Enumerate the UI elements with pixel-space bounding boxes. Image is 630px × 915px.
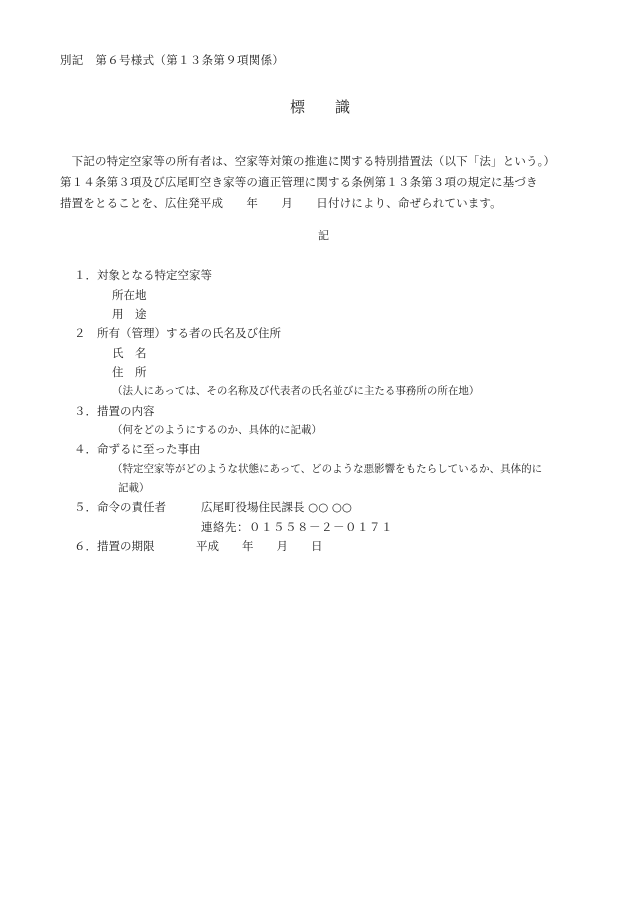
item-5-label: ５．命令の責任者 bbox=[74, 499, 166, 515]
document-title: 標識 bbox=[290, 99, 350, 115]
item-2-note: （法人にあっては、その名称及び代表者の氏名並びに主たる事務所の所在地） bbox=[112, 383, 479, 399]
item-6-deadline: 平成 年 月 日 bbox=[196, 538, 323, 554]
ki-heading: 記 bbox=[318, 228, 329, 244]
item-5-contact: 連絡先：０１５５８－２－０１７１ bbox=[201, 519, 393, 535]
item-1-location: 所在地 bbox=[112, 287, 147, 303]
intro-paragraph: 下記の特定空家等の所有者は、空家等対策の推進に関する特別措置法（以下「法」という… bbox=[60, 151, 590, 214]
intro-line-1: 下記の特定空家等の所有者は、空家等対策の推進に関する特別措置法（以下「法」という… bbox=[60, 151, 590, 172]
intro-line-2: 第１４条第３項及び広尾町空き家等の適正管理に関する条例第１３条第３項の規定に基づ… bbox=[60, 172, 590, 193]
item-2-name: 氏 名 bbox=[112, 345, 147, 361]
item-3-label: ３．措置の内容 bbox=[74, 403, 155, 419]
form-reference: 別記 第６号様式（第１３条第９項関係） bbox=[60, 52, 284, 68]
item-1-usage: 用 途 bbox=[112, 306, 147, 322]
item-4-label: ４．命ずるに至った事由 bbox=[74, 441, 201, 457]
item-5-responsible-person: 広尾町役場住民課長 ○○ ○○ bbox=[201, 499, 352, 515]
item-4-note-line-1: （特定空家等がどのような状態にあって、どのような悪影響をもたらしているか、具体的… bbox=[112, 461, 542, 477]
title-char-1: 標 bbox=[290, 98, 305, 116]
title-char-2: 識 bbox=[335, 98, 350, 116]
item-4-note-line-2: 記載） bbox=[118, 480, 150, 496]
item-1-label: １．対象となる特定空家等 bbox=[74, 267, 212, 283]
item-6-label: ６．措置の期限 bbox=[74, 538, 155, 554]
item-2-address: 住 所 bbox=[112, 364, 147, 380]
intro-line-3: 措置をとることを、広住発平成 年 月 日付けにより、命ぜられています。 bbox=[60, 193, 590, 214]
item-3-note: （何をどのようにするのか、具体的に記載） bbox=[112, 422, 322, 438]
item-2-label: ２ 所有（管理）する者の氏名及び住所 bbox=[74, 325, 281, 341]
